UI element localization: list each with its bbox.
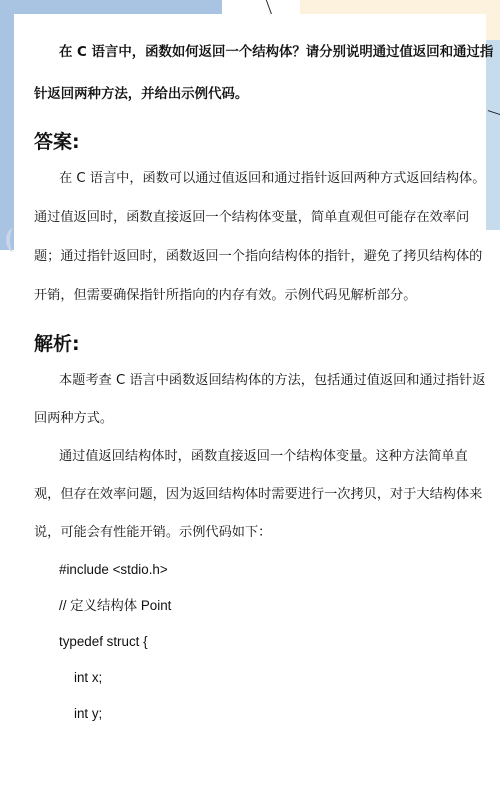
document-card: 在 C 语言中，函数如何返回一个结构体？请分别说明通过值返回和通过指 针返回两种… xyxy=(14,14,486,796)
analysis-heading: 解析: xyxy=(34,332,472,356)
answer-heading: 答案: xyxy=(34,130,472,154)
answer-line-1: 在 C 语言中，函数可以通过值返回和通过指针返回两种方式返回结构体。 xyxy=(34,170,472,188)
analysis-p1-line-2: 回两种方式。 xyxy=(34,410,472,428)
code-line-1: #include <stdio.h> xyxy=(34,561,472,579)
bg-white-strip xyxy=(222,0,302,14)
answer-line-2: 通过值返回时，函数直接返回一个结构体变量，简单直观但可能存在效率问 xyxy=(34,209,472,227)
question-line-2: 针返回两种方法，并给出示例代码。 xyxy=(34,86,472,104)
code-line-3: typedef struct { xyxy=(34,633,472,651)
answer-line-3: 题；通过指针返回时，函数返回一个指向结构体的指针，避免了拷贝结构体的 xyxy=(34,248,472,266)
analysis-p2-line-2: 观，但存在效率问题，因为返回结构体时需要进行一次拷贝，对于大结构体来 xyxy=(34,486,472,504)
question-line-1: 在 C 语言中，函数如何返回一个结构体？请分别说明通过值返回和通过指 xyxy=(34,44,472,62)
code-line-2: // 定义结构体 Point xyxy=(34,597,472,615)
analysis-p2-line-1: 通过值返回结构体时，函数直接返回一个结构体变量。这种方法简单直 xyxy=(34,448,472,466)
analysis-p2-line-3: 说，可能会有性能开销。示例代码如下： xyxy=(34,524,472,542)
bg-right-blue-strip xyxy=(486,40,500,230)
code-line-4: int x; xyxy=(34,669,472,687)
answer-line-4: 开销，但需要确保指针所指向的内存有效。示例代码见解析部分。 xyxy=(34,287,472,305)
code-line-5: int y; xyxy=(34,705,472,723)
analysis-p1-line-1: 本题考查 C 语言中函数返回结构体的方法，包括通过值返回和通过指针返 xyxy=(34,372,472,390)
